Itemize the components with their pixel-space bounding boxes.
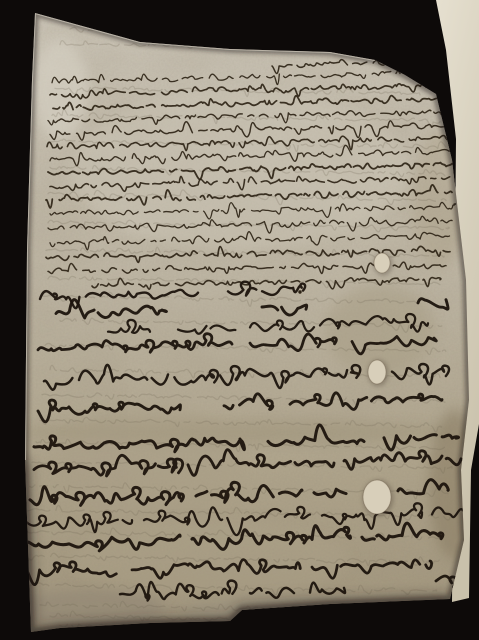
worm-hole	[368, 360, 386, 384]
manuscript-photograph	[0, 0, 479, 640]
stain	[70, 520, 350, 600]
ink-dot	[298, 290, 301, 293]
manuscript-photo-scene	[0, 0, 479, 640]
manuscript-page	[0, 0, 479, 640]
worm-hole	[374, 253, 390, 273]
worm-hole	[363, 480, 391, 514]
